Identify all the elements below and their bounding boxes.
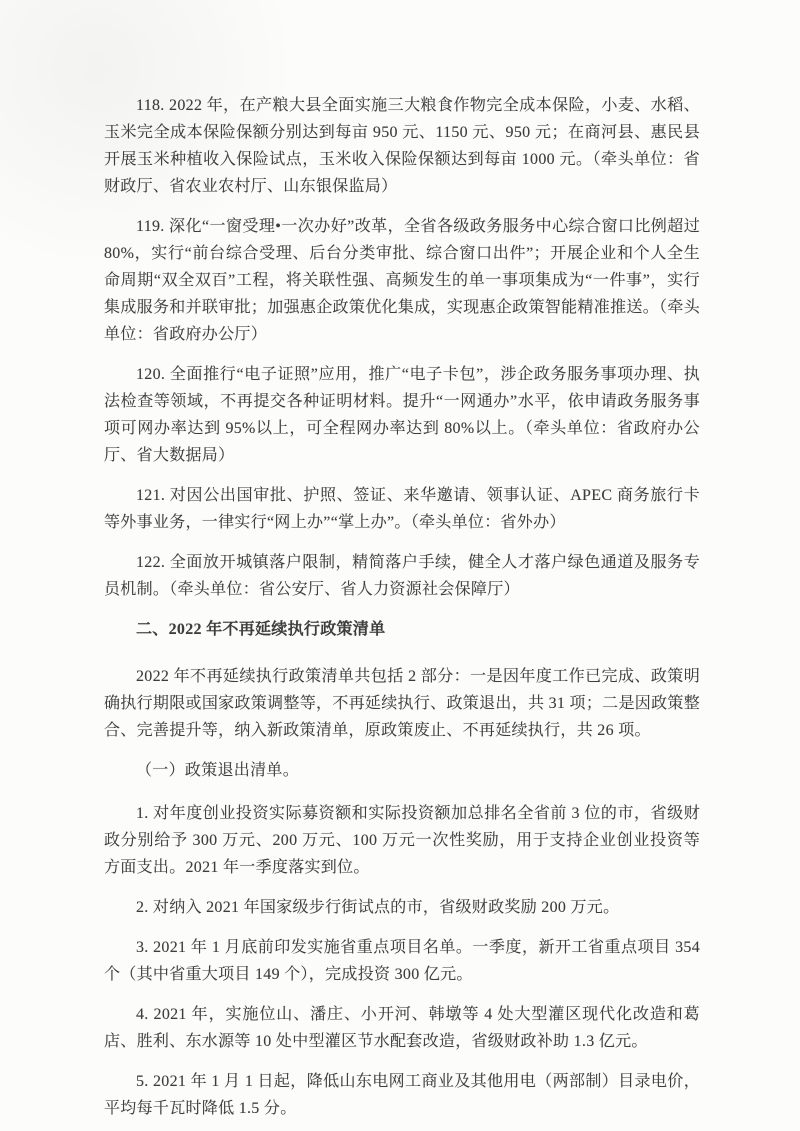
paragraph-118: 118. 2022 年，在产粮大县全面实施三大粮食作物完全成本保险，小麦、水稻、… xyxy=(104,92,700,200)
paragraph-119: 119. 深化“一窗受理•一次办好”改革，全省各级政务服务中心综合窗口比例超过 … xyxy=(104,213,700,348)
document-text-block: 118. 2022 年，在产粮大县全面实施三大粮食作物完全成本保险，小麦、水稻、… xyxy=(104,92,700,1131)
list-item-5: 5. 2021 年 1 月 1 日起，降低山东电网工商业及其他用电（两部制）目录… xyxy=(104,1068,700,1122)
section-intro-paragraph: 2022 年不再延续执行政策清单共包括 2 部分：一是因年度工作已完成、政策明确… xyxy=(104,663,700,744)
list-item-2: 2. 对纳入 2021 年国家级步行街试点的市，省级财政奖励 200 万元。 xyxy=(104,894,700,921)
document-page: 118. 2022 年，在产粮大县全面实施三大粮食作物完全成本保险，小麦、水稻、… xyxy=(0,0,800,1131)
section-heading: 二、2022 年不再延续执行政策清单 xyxy=(104,616,700,643)
list-item-4: 4. 2021 年，实施位山、潘庄、小开河、韩墩等 4 处大型灌区现代化改造和葛… xyxy=(104,1001,700,1055)
subsection-heading: （一）政策退出清单。 xyxy=(104,757,700,784)
list-item-1: 1. 对年度创业投资实际募资额和实际投资额加总排名全省前 3 位的市，省级财政分… xyxy=(104,800,700,881)
list-item-3: 3. 2021 年 1 月底前印发实施省重点项目名单。一季度，新开工省重点项目 … xyxy=(104,934,700,988)
paragraph-120: 120. 全面推行“电子证照”应用，推广“电子卡包”，涉企政务服务事项办理、执法… xyxy=(104,361,700,469)
paragraph-121: 121. 对因公出国审批、护照、签证、来华邀请、领事认证、APEC 商务旅行卡等… xyxy=(104,482,700,536)
paragraph-122: 122. 全面放开城镇落户限制，精简落户手续，健全人才落户绿色通道及服务专员机制… xyxy=(104,549,700,603)
